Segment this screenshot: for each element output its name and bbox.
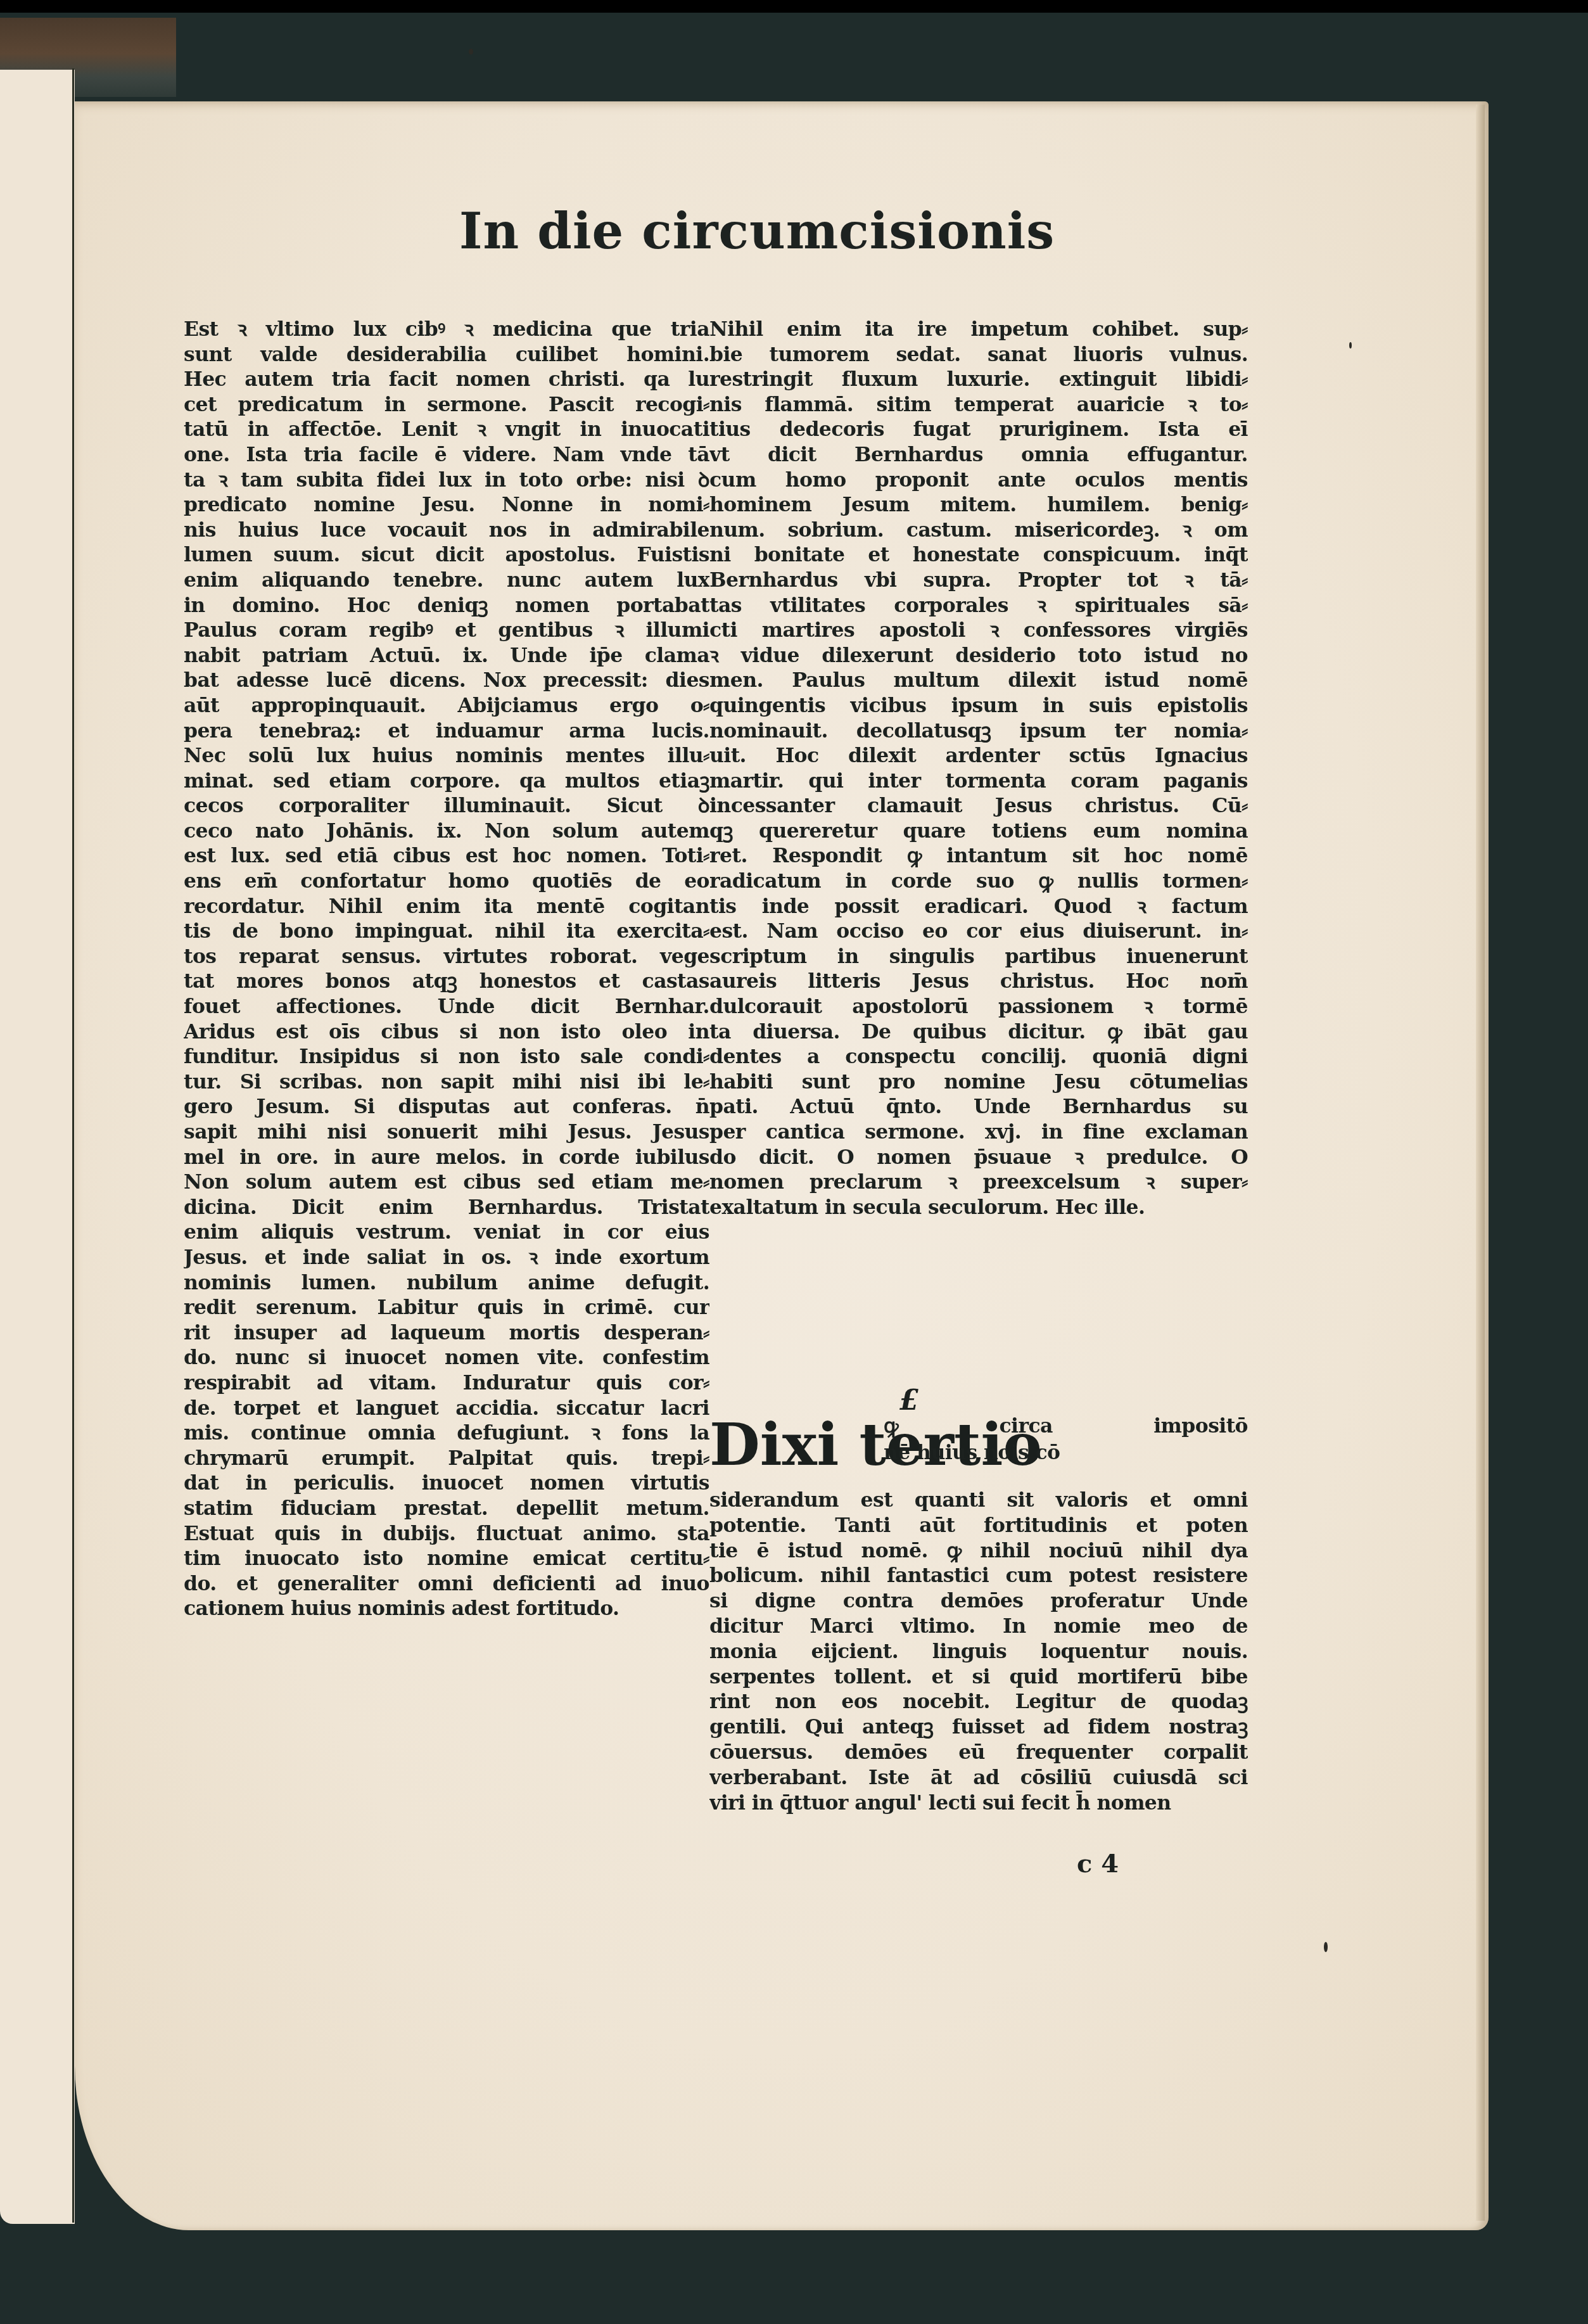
right-text-column: Nihil enim ita ire impetum cohibet. sup⸗… [709,317,1248,1220]
text-line: funditur. Insipidus si non isto sale con… [184,1044,709,1069]
text-line: recordatur. Nihil enim ita mentē cogitan [184,894,709,919]
text-line: cum homo proponit ante oculos mentis [709,468,1248,493]
text-line: Aridus est oīs cibus si non isto oleo in [184,1019,709,1045]
text-line: incessanter clamauit Jesus christus. Cū⸗ [709,793,1248,819]
text-line: gentili. Qui anteqꝫ fuisset ad fidem nos… [709,1714,1248,1740]
paper-speck [469,49,473,54]
text-line: qꝫ quereretur quare totiens eum nomina [709,819,1248,844]
text-line: ni bonitate et honestate conspicuum. inq… [709,542,1248,568]
text-line: ta diuersa. De quibus dicitur. ꝙ ibāt ga… [709,1019,1248,1045]
text-line: dicitur Marci vltimo. In nomie meo de [709,1614,1248,1639]
text-line: cōuersus. demōes eū frequenter corpalit [709,1740,1248,1765]
text-line: ꝙ circa impositō [884,1413,1248,1440]
text-line: cti martires apostoli ꝛ confessores virg… [709,618,1248,643]
text-line: in domino. Hoc deniqꝫ nomen portabat [184,593,709,618]
text-line: chrymarū erumpit. Palpitat quis. trepi⸗ [184,1446,709,1471]
text-line: statim fiduciam prestat. depellit metum. [184,1496,709,1521]
text-line: potentie. Tanti aūt fortitudinis et pote… [709,1513,1248,1538]
text-line: predicato nomine Jesu. Nonne in nomi⸗ [184,492,709,518]
text-line: mis. continue omnia defugiunt. ꝛ fons la [184,1421,709,1446]
text-line: cet predicatum in sermone. Pascit recogi… [184,392,709,418]
text-line: lumen suum. sicut dicit apostolus. Fuist… [184,542,709,568]
text-line: fouet affectiones. Unde dicit Bernhar. [184,994,709,1019]
text-line: tis de bono impinguat. nihil ita exercit… [184,919,709,944]
text-line: gero Jesum. Si disputas aut conferas. n̄ [184,1094,709,1120]
text-line: one. Ista tria facile ē videre. Nam vnde… [184,442,709,468]
text-line: nis flammā. sitim temperat auaricie ꝛ to… [709,392,1248,418]
text-line: Bernhardus vbi supra. Propter tot ꝛ tā⸗ [709,568,1248,593]
text-line: scriptum in singulis partibus inuenerunt [709,944,1248,969]
text-line: ens em̄ confortatur homo quotiēs de eo [184,869,709,894]
text-line: men. Paulus multum dilexit istud nomē [709,668,1248,693]
text-line: ta ꝛ tam subita fidei lux in toto orbe: … [184,468,709,493]
text-line: siderandum est quanti sit valoris et omn… [709,1488,1248,1513]
section-beside-text: ꝙ circa impositōnē huius nois cō [884,1413,1248,1466]
left-text-column: Est ꝛ vltimo lux cibꝰ ꝛ medicina que tri… [184,317,709,1621]
text-line: Est ꝛ vltimo lux cibꝰ ꝛ medicina que tri… [184,317,709,342]
text-line: restringit fluxum luxurie. extinguit lib… [709,367,1248,392]
facing-page-edge [0,70,75,2224]
text-line: do. et generaliter omni deficienti ad in… [184,1571,709,1597]
text-line: redit serenum. Labitur quis in crimē. cu… [184,1295,709,1320]
text-line: ret. Respondit ꝙ intantum sit hoc nomē [709,843,1248,869]
text-line: tur. Si scribas. non sapit mihi nisi ibi… [184,1069,709,1095]
gutter-line [72,68,74,2223]
text-line: Estuat quis in dubijs. fluctuat animo. s… [184,1521,709,1547]
text-line: radicatum in corde suo ꝙ nullis tormen⸗ [709,869,1248,894]
text-line: nominis lumen. nubilum anime defugit. [184,1270,709,1296]
text-line: si digne contra demōes proferatur Unde [709,1588,1248,1614]
text-line: tatū in affectōe. Lenit ꝛ vngit in inuoc… [184,417,709,442]
text-line: ꝛ vidue dilexerunt desiderio toto istud … [709,643,1248,668]
text-line: enim aliquis vestrum. veniat in cor eius [184,1220,709,1245]
signature-folio: c 4 [1077,1849,1119,1879]
text-line: monia eijcient. linguis loquentur nouis. [709,1639,1248,1664]
text-line: tos reparat sensus. virtutes roborat. ve… [184,944,709,969]
text-line: Non solum autem est cibus sed etiam me⸗ [184,1170,709,1195]
text-line: pera tenebraꝝ: et induamur arma lucis. [184,718,709,744]
text-line: tis inde possit eradicari. Quod ꝛ factum [709,894,1248,919]
text-line: nē huius nois cō [884,1440,1248,1466]
text-line: num. sobrium. castum. misericordeꝫ. ꝛ om [709,518,1248,543]
text-line: tie ē istud nomē. ꝙ nihil nociuū nihil d… [709,1538,1248,1564]
text-line: respirabit ad vitam. Induratur quis cor⸗ [184,1370,709,1396]
text-line: pati. Actuū q̄nto. Unde Bernhardus su [709,1094,1248,1120]
text-line: viri in q̄ttuor angul' lecti sui fecit h… [709,1791,1248,1816]
text-line: nominauit. decollatusqꝫ ipsum ter nomia⸗ [709,718,1248,744]
text-line: per cantica sermone. xvj. in fine exclam… [709,1120,1248,1145]
right-column-continued: siderandum est quanti sit valoris et omn… [709,1488,1248,1815]
text-line: enim aliquando tenebre. nunc autem lux [184,568,709,593]
text-line: Nihil enim ita ire impetum cohibet. sup⸗ [709,317,1248,342]
paper-speck [1324,1942,1328,1952]
text-line: est. Nam occiso eo cor eius diuiserunt. … [709,919,1248,944]
text-line: bat adesse lucē dicens. Nox precessit: d… [184,668,709,693]
text-line: vt dicit Bernhardus omnia effugantur. [709,442,1248,468]
text-line: nabit patriam Actuū. ix. Unde ip̄e clama [184,643,709,668]
running-head: In die circumcisionis [459,203,1029,260]
text-line: de. torpet et languet accidia. siccatur … [184,1396,709,1421]
text-line: rit insuper ad laqueum mortis desperan⸗ [184,1320,709,1346]
text-line: mel in ore. in aure melos. in corde iubi… [184,1145,709,1170]
text-line: do dicit. O nomen p̄suaue ꝛ predulce. O [709,1145,1248,1170]
section-heading-block: Dixi tertio ꝙ circa impositōnē huius noi… [709,1413,1248,1489]
text-line: rint non eos nocebit. Legitur de quodaꝫ [709,1689,1248,1714]
text-line: sunt valde desiderabilia cuilibet homini… [184,342,709,367]
text-line: serpentes tollent. et si quid mortiferū … [709,1664,1248,1690]
page-fore-edge [1476,105,1485,2221]
text-line: dat in periculis. inuocet nomen virtutis [184,1471,709,1496]
text-line: tas vtilitates corporales ꝛ spirituales … [709,593,1248,618]
text-line: bolicum. nihil fantastici cum potest res… [709,1563,1248,1588]
text-line: Nec solū lux huius nominis mentes illu⸗ [184,743,709,769]
text-line: dentes a conspectu concilij. quoniā dign… [709,1044,1248,1069]
text-line: bie tumorem sedat. sanat liuoris vulnus. [709,342,1248,367]
text-line: Paulus coram regibꝰ et gentibus ꝛ illumi [184,618,709,643]
text-line: uit. Hoc dilexit ardenter sctūs Ignacius [709,743,1248,769]
text-line: exaltatum in secula seculorum. Hec ille. [709,1195,1248,1220]
paper-speck [1349,342,1352,348]
text-line: tat mores bonos atqꝫ honestos et castas [184,969,709,994]
text-line: habiti sunt pro nomine Jesu cōtumelias [709,1069,1248,1095]
text-line: sapit mihi nisi sonuerit mihi Jesus. Jes… [184,1120,709,1145]
text-line: cecos corporaliter illuminauit. Sicut ꝺ [184,793,709,819]
text-line: verberabant. Iste āt ad cōsiliū cuiusdā … [709,1765,1248,1791]
text-line: hominem Jesum mitem. humilem. benig⸗ [709,492,1248,518]
text-line: aureis litteris Jesus christus. Hoc nom̄ [709,969,1248,994]
text-line: aūt appropinquauit. Abijciamus ergo o⸗ [184,693,709,718]
text-line: dicina. Dicit enim Bernhardus. Tristat [184,1195,709,1220]
text-line: Jesus. et inde saliat in os. ꝛ inde exor… [184,1245,709,1270]
text-line: nis huius luce vocauit nos in admirabile [184,518,709,543]
text-line: nomen preclarum ꝛ preexcelsum ꝛ super⸗ [709,1170,1248,1195]
text-line: quingentis vicibus ipsum in suis epistol… [709,693,1248,718]
text-line: ceco nato Johānis. ix. Non solum autem [184,819,709,844]
text-line: tius dedecoris fugat pruriginem. Ista eī [709,417,1248,442]
text-line: Hec autem tria facit nomen christi. qa l… [184,367,709,392]
text-line: est lux. sed etiā cibus est hoc nomen. T… [184,843,709,869]
text-line: do. nunc si inuocet nomen vite. confesti… [184,1345,709,1370]
text-line: minat. sed etiam corpore. qa multos etia… [184,769,709,794]
text-line: tim inuocato isto nomine emicat certitu⸗ [184,1546,709,1571]
text-line: cationem huius nominis adest fortitudo. [184,1596,709,1621]
text-line: dulcorauit apostolorū passionem ꝛ tormē [709,994,1248,1019]
text-line: martir. qui inter tormenta coram paganis [709,769,1248,794]
